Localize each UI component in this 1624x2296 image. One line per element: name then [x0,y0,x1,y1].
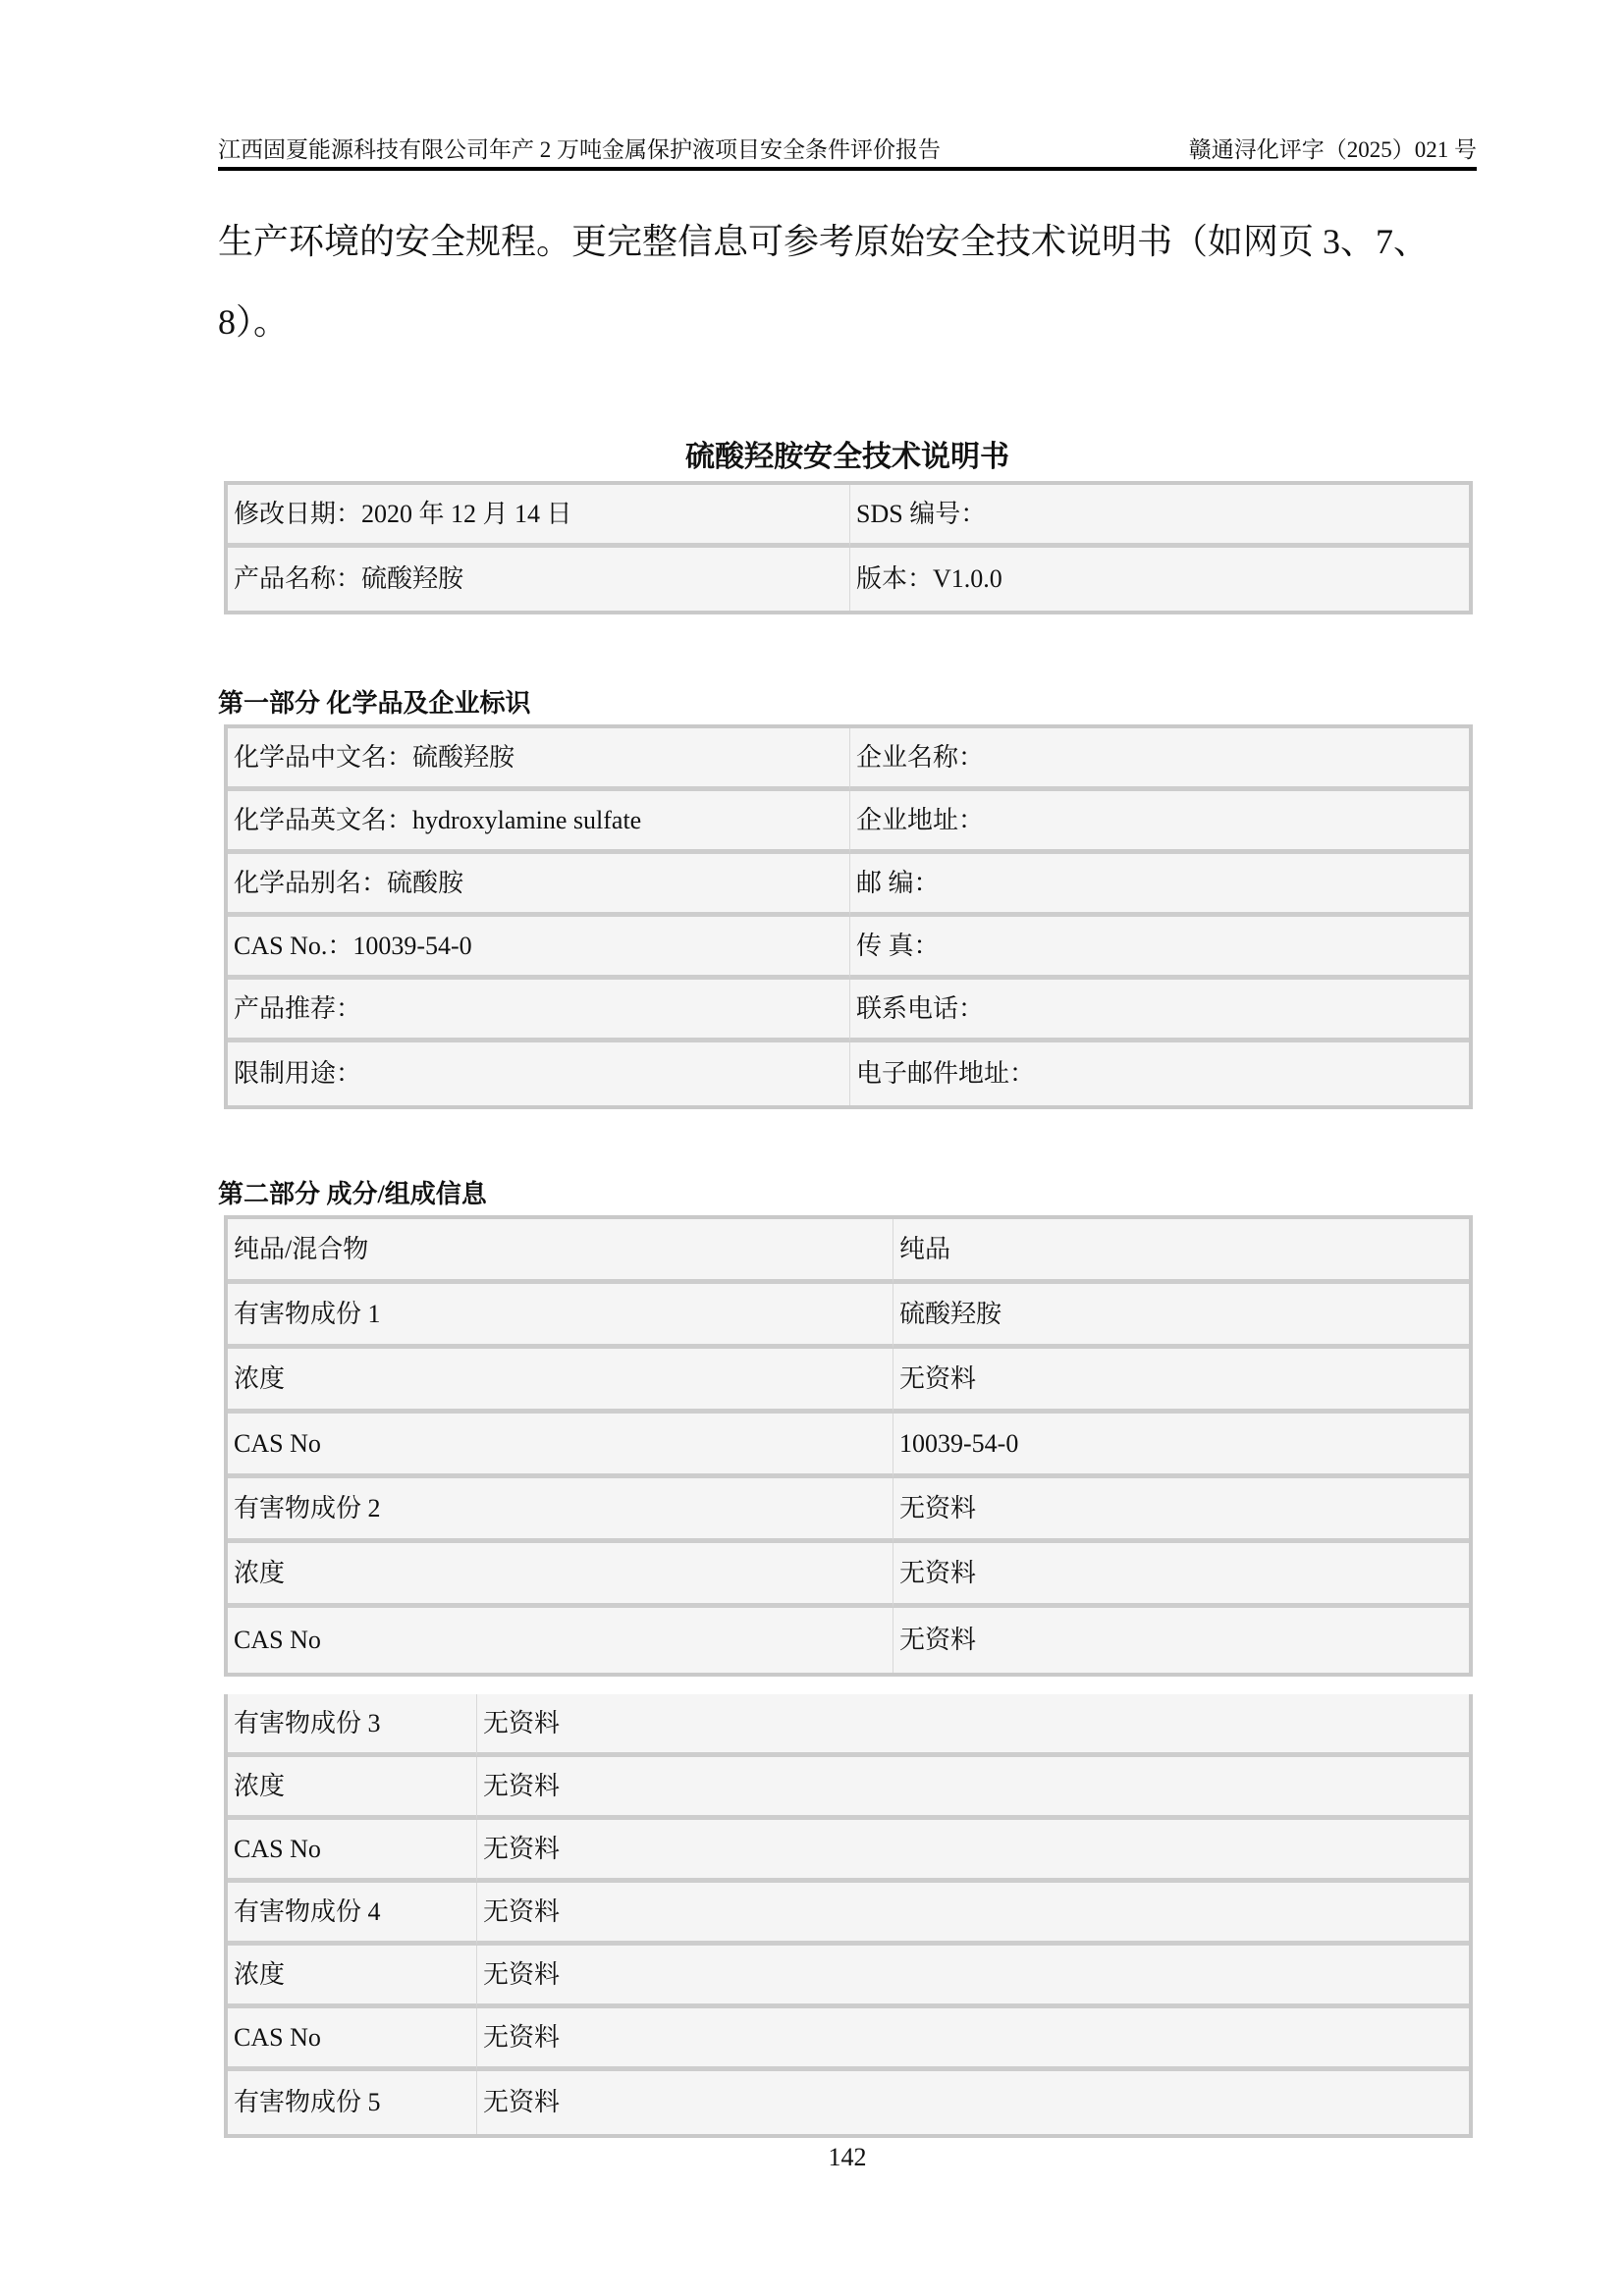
table-cell: 10039-54-0 [893,1414,1469,1478]
table-cell: 传 真： [850,917,1469,980]
sds-number-cell: SDS 编号： [850,485,1469,548]
header-rule [218,167,1477,171]
table-row: 化学品别名：硫酸胺邮 编： [228,854,1469,917]
table-cell: 无资料 [893,1608,1469,1673]
revision-date-cell: 修改日期：2020 年 12 月 14 日 [228,485,850,548]
table-row: CAS No10039-54-0 [228,1414,1469,1478]
table-cell: 无资料 [477,1820,1469,1883]
title-table: 修改日期：2020 年 12 月 14 日 SDS 编号： 产品名称：硫酸羟胺 … [224,481,1473,614]
table-row: CAS No无资料 [228,2008,1469,2071]
table-cell: 纯品 [893,1219,1469,1284]
table-cell: 限制用途： [228,1042,850,1105]
table-row: CAS No无资料 [228,1608,1469,1673]
table-cell: 无资料 [893,1543,1469,1608]
table-row: 化学品英文名：hydroxylamine sulfate企业地址： [228,791,1469,854]
table-row: 限制用途：电子邮件地址： [228,1042,1469,1105]
table-row: 有害物成份 1硫酸羟胺 [228,1284,1469,1349]
table-cell: 无资料 [893,1478,1469,1543]
section2-table-continued: 有害物成份 3无资料 浓度无资料 CAS No无资料 有害物成份 4无资料 浓度… [224,1694,1473,2138]
table-cell: 企业地址： [850,791,1469,854]
table-row: 产品推荐：联系电话： [228,980,1469,1042]
document-title: 硫酸羟胺安全技术说明书 [0,438,1624,477]
table-cell: 无资料 [477,2008,1469,2071]
table-cell: 联系电话： [850,980,1469,1042]
table-cell: CAS No [228,2008,477,2071]
table-row: 有害物成份 3无资料 [228,1694,1469,1757]
table-row: 产品名称：硫酸羟胺 版本：V1.0.0 [228,548,1469,611]
table-cell: CAS No [228,1608,893,1673]
table-cell: 有害物成份 2 [228,1478,893,1543]
table-cell: 无资料 [893,1349,1469,1414]
table-cell: 有害物成份 4 [228,1883,477,1946]
table-row: 浓度无资料 [228,1543,1469,1608]
table-cell: 化学品别名：硫酸胺 [228,854,850,917]
header-report-number: 赣通浔化评字（2025）021 号 [1189,135,1477,165]
table-row: 修改日期：2020 年 12 月 14 日 SDS 编号： [228,485,1469,548]
table-cell: 无资料 [477,1694,1469,1757]
header-report-title: 江西固夏能源科技有限公司年产 2 万吨金属保护液项目安全条件评价报告 [218,135,941,165]
table-row: 有害物成份 5无资料 [228,2071,1469,2134]
table-row: 浓度无资料 [228,1757,1469,1820]
table-cell: 产品推荐： [228,980,850,1042]
table-row: 有害物成份 2无资料 [228,1478,1469,1543]
table-row: CAS No.：10039-54-0传 真： [228,917,1469,980]
table-cell: 企业名称： [850,728,1469,791]
table-cell: 无资料 [477,1883,1469,1946]
intro-line-1: 生产环境的安全规程。更完整信息可参考原始安全技术说明书（如网页 3、7、 [218,201,1485,282]
table-cell: 无资料 [477,1946,1469,2008]
table-cell: 纯品/混合物 [228,1219,893,1284]
table-cell: 浓度 [228,1349,893,1414]
table-row: 化学品中文名：硫酸羟胺企业名称： [228,728,1469,791]
table-row: 浓度无资料 [228,1946,1469,2008]
intro-line-2: 8）。 [218,282,1485,362]
table-cell: 浓度 [228,1757,477,1820]
page-header: 江西固夏能源科技有限公司年产 2 万吨金属保护液项目安全条件评价报告 赣通浔化评… [218,135,1477,169]
table-cell: 有害物成份 1 [228,1284,893,1349]
section1-heading: 第一部分 化学品及企业标识 [218,687,531,721]
table-cell: 浓度 [228,1946,477,2008]
table-cell: CAS No [228,1820,477,1883]
table-cell: 邮 编： [850,854,1469,917]
table-row: 纯品/混合物纯品 [228,1219,1469,1284]
table-row: 浓度无资料 [228,1349,1469,1414]
version-cell: 版本：V1.0.0 [850,548,1469,611]
table-cell: CAS No [228,1414,893,1478]
intro-paragraph: 生产环境的安全规程。更完整信息可参考原始安全技术说明书（如网页 3、7、 8）。 [218,201,1485,362]
table-cell: CAS No.：10039-54-0 [228,917,850,980]
table-cell: 电子邮件地址： [850,1042,1469,1105]
product-name-cell: 产品名称：硫酸羟胺 [228,548,850,611]
table-cell: 有害物成份 3 [228,1694,477,1757]
table-cell: 无资料 [477,2071,1469,2134]
section1-table: 化学品中文名：硫酸羟胺企业名称： 化学品英文名：hydroxylamine su… [224,724,1473,1109]
table-row: CAS No无资料 [228,1820,1469,1883]
section2-heading: 第二部分 成分/组成信息 [218,1178,487,1211]
section2-table: 纯品/混合物纯品 有害物成份 1硫酸羟胺 浓度无资料 CAS No10039-5… [224,1215,1473,1677]
table-cell: 有害物成份 5 [228,2071,477,2134]
table-cell: 化学品中文名：硫酸羟胺 [228,728,850,791]
table-row: 有害物成份 4无资料 [228,1883,1469,1946]
page-number: 142 [0,2143,1624,2172]
table-cell: 浓度 [228,1543,893,1608]
table-cell: 化学品英文名：hydroxylamine sulfate [228,791,850,854]
table-cell: 硫酸羟胺 [893,1284,1469,1349]
table-cell: 无资料 [477,1757,1469,1820]
